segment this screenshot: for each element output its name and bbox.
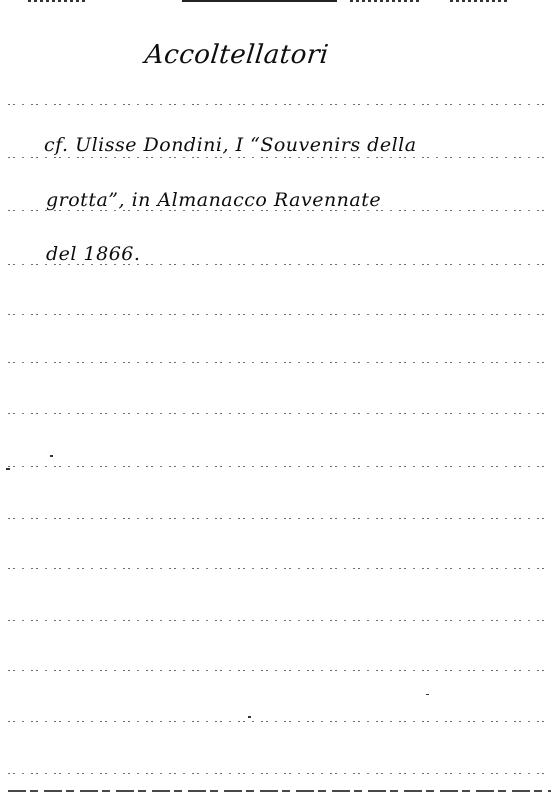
scan-speck	[426, 694, 429, 695]
scan-speck	[6, 468, 10, 470]
ruled-line	[8, 620, 551, 621]
ruled-line	[8, 773, 551, 774]
ruled-line	[8, 413, 551, 414]
body-line-1: cf. Ulisse Dondini, I “Souvenirs della	[44, 134, 417, 156]
ruled-line-bottom	[8, 790, 551, 792]
ruled-line	[8, 721, 551, 722]
scan-speck	[248, 716, 251, 718]
edge-mark	[182, 0, 337, 2]
ruled-line	[8, 362, 551, 363]
ruled-line	[8, 104, 551, 105]
index-card: Accoltellatori cf. Ulisse Dondini, I “So…	[0, 0, 557, 800]
scan-top-edge	[0, 0, 557, 6]
ruled-line	[8, 518, 551, 519]
ruled-line	[8, 314, 551, 315]
body-line-2: grotta”, in Almanacco Ravennate	[46, 189, 381, 211]
edge-mark	[28, 0, 88, 2]
ruled-line	[8, 670, 551, 671]
ruled-line	[8, 568, 551, 569]
body-line-3: del 1866.	[46, 243, 140, 265]
scan-speck	[50, 455, 53, 457]
ruled-line	[8, 466, 551, 467]
ruled-line	[8, 157, 551, 158]
card-title: Accoltellatori	[143, 40, 330, 70]
edge-mark	[450, 0, 510, 2]
edge-mark	[350, 0, 420, 2]
